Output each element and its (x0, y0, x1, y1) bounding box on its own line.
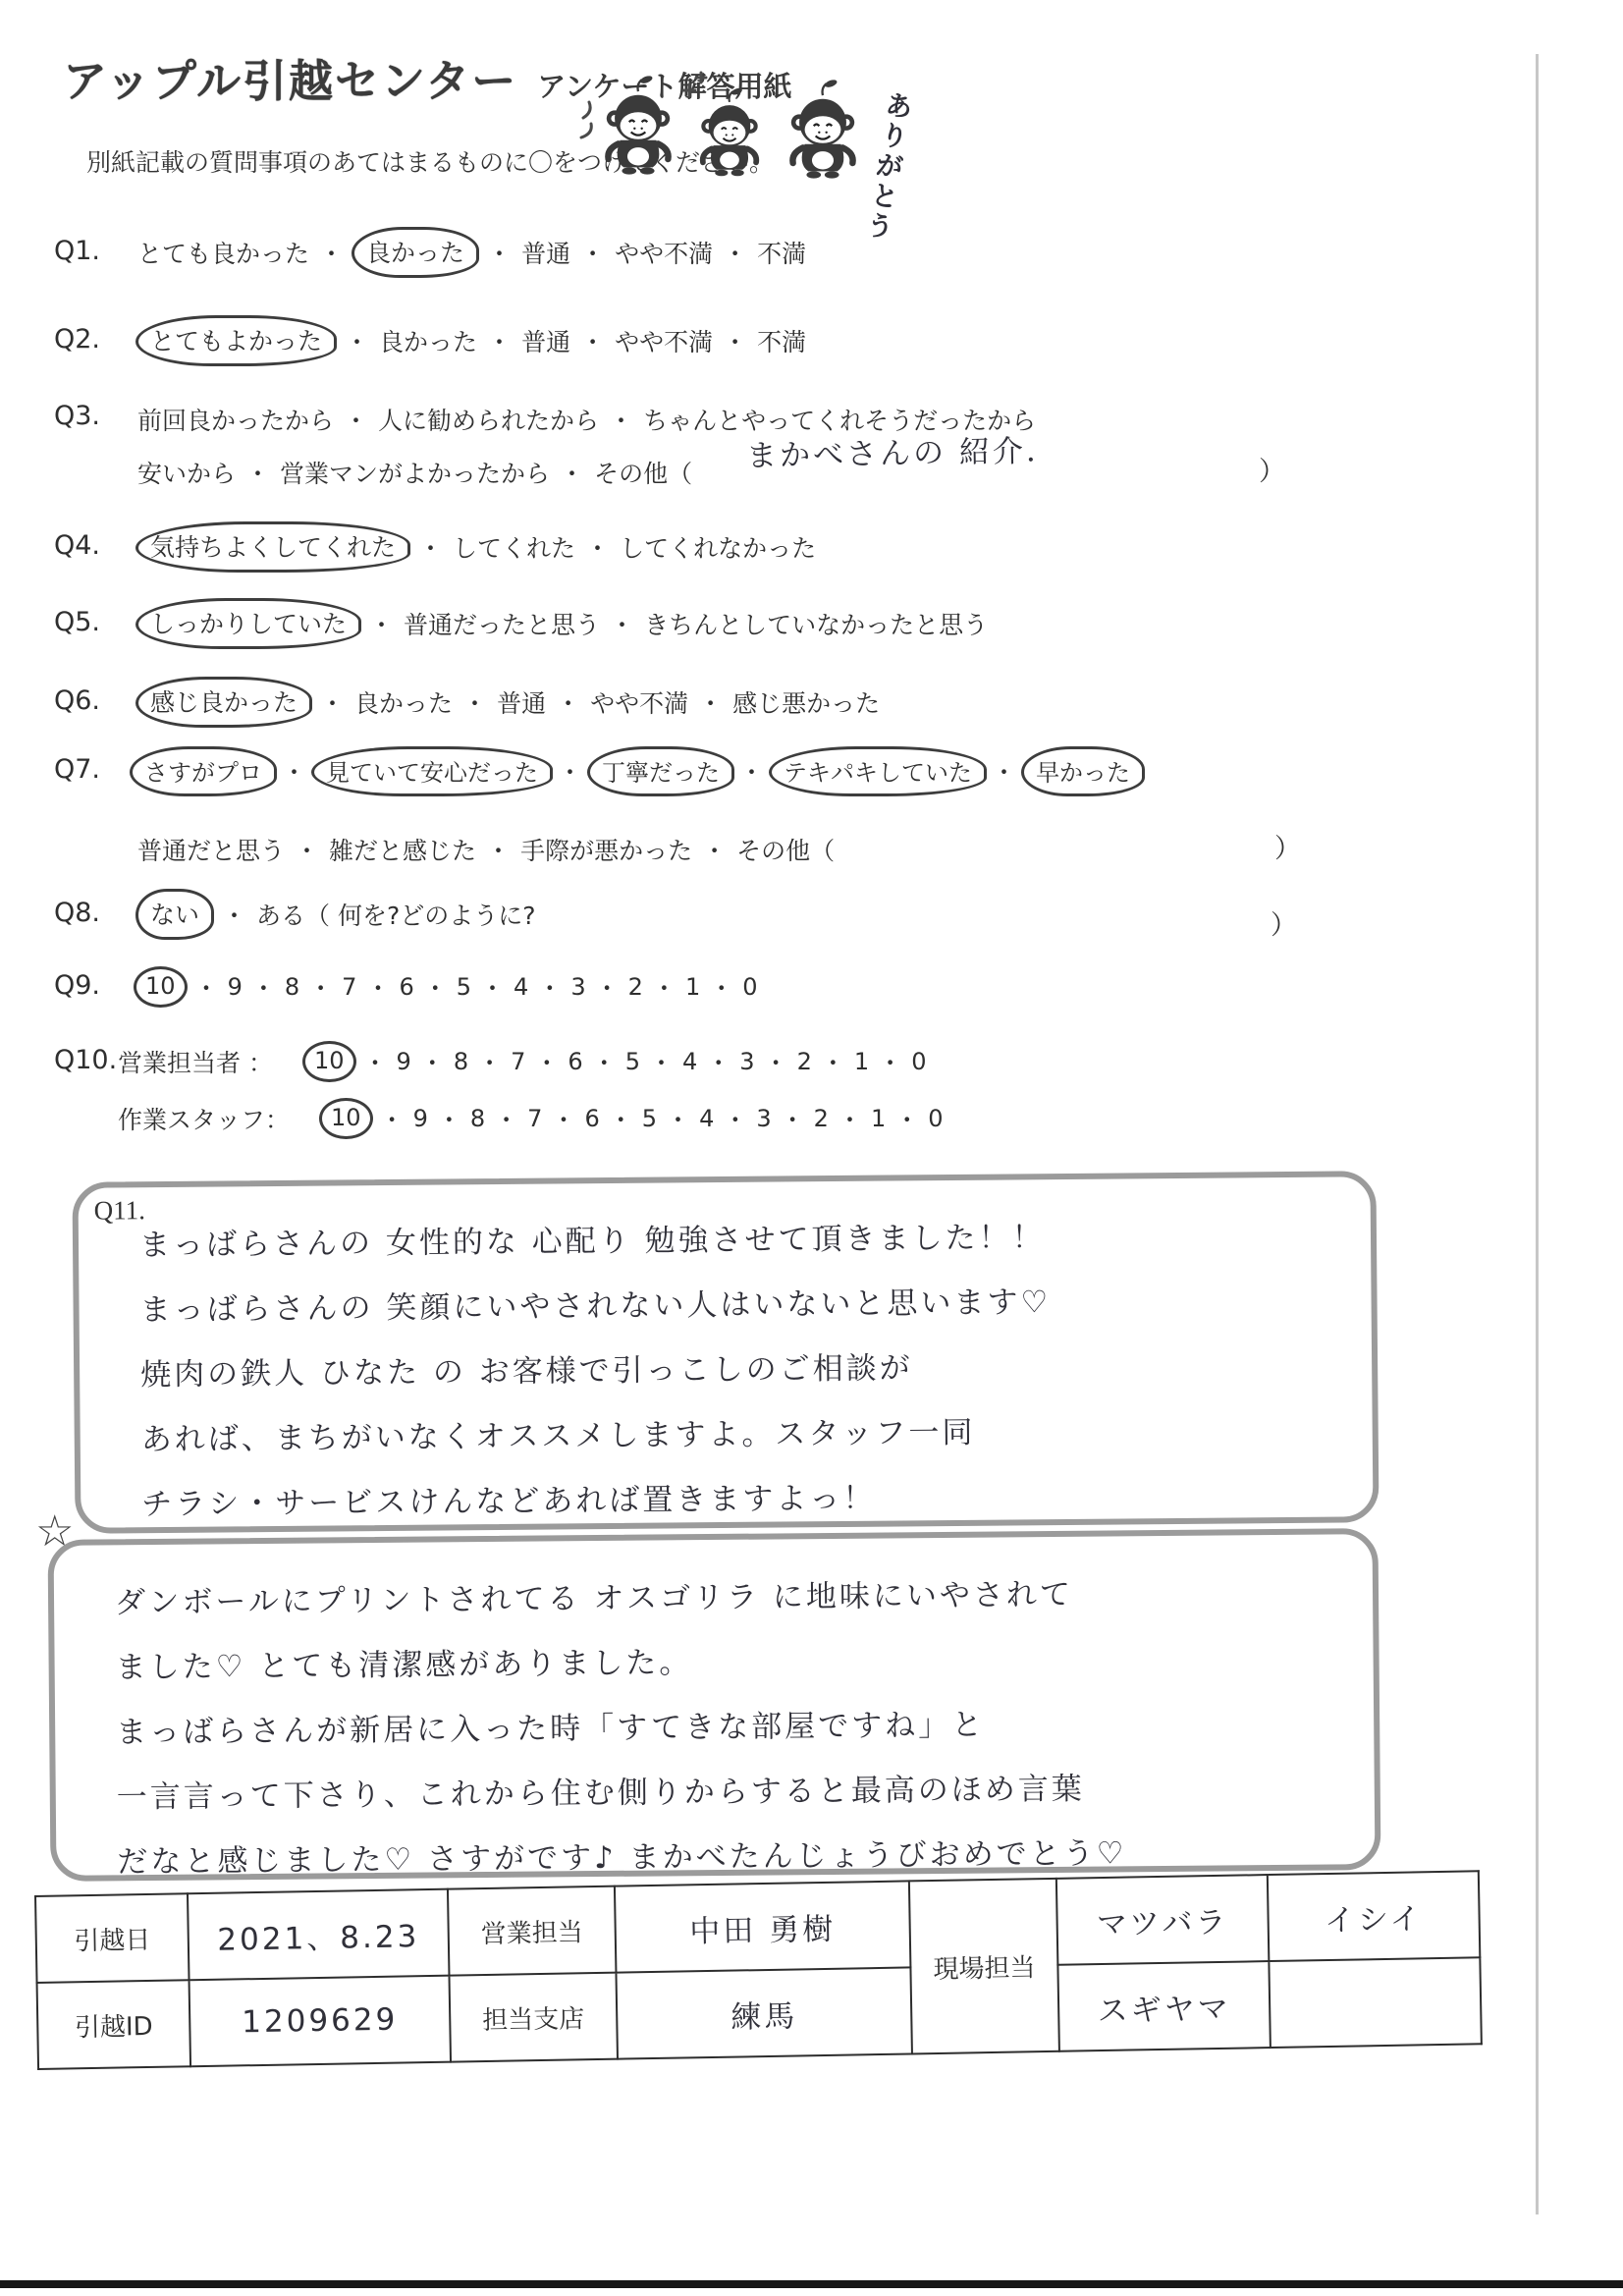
answer-option: 普通だと思う (118, 832, 285, 867)
answer-option: ・0 (700, 969, 757, 1005)
handwritten-line: 焼肉の鉄人 ひなた の お客様で引っこしのご相談が (140, 1333, 1343, 1408)
option-separator: ・ (610, 606, 634, 641)
site-staff-empty (1269, 1957, 1482, 2048)
q5-label: Q5. (54, 607, 128, 637)
option-separator: ・ (363, 1044, 388, 1079)
option-label: 普通だと思う (137, 832, 285, 867)
option-separator: ・ (894, 1101, 919, 1136)
option-label: その他（ (594, 455, 692, 490)
answer-option: ・5 (583, 1044, 640, 1079)
answer-option: しっかりしていた (118, 602, 359, 645)
answer-option: ・早かった (985, 750, 1143, 793)
option-separator: ・ (585, 529, 610, 565)
option-separator: ・ (878, 1044, 902, 1079)
option-label: 9 (413, 1105, 428, 1132)
move-date-value: 2021、8.23 (188, 1889, 449, 1981)
option-separator: ・ (592, 1044, 617, 1079)
option-label: ある（ 何を?どのように? (256, 897, 536, 932)
option-separator: ・ (380, 1101, 405, 1136)
option-separator: ・ (723, 323, 747, 358)
answer-option: ・見ていて安心だった (275, 750, 551, 793)
option-label: 0 (742, 973, 757, 1001)
q8-label: Q8. (54, 898, 128, 928)
option-separator: ・ (595, 969, 620, 1005)
answer-option: 感じ良かった (118, 681, 310, 724)
option-label: 10 (134, 966, 188, 1008)
q7-label: Q7. (54, 754, 128, 785)
q2-label: Q2. (54, 324, 128, 355)
q3-handwritten-answer: まかべさんの 紹介． (746, 425, 1060, 475)
answer-option: ・営業マンがよかったから (236, 455, 550, 490)
branch-label: 担当支店 (449, 1973, 618, 2062)
option-separator: ・ (437, 1101, 461, 1136)
q1-options: とても良かった・良かった・普通・やや不満・不満 (118, 231, 806, 274)
answer-option: ・良かった (310, 684, 453, 720)
option-separator: ・ (652, 969, 676, 1005)
answer-option: とてもよかった (118, 319, 335, 362)
option-label: 良かった (379, 323, 477, 358)
q8-options: ない・ある（ 何を?どのように? (118, 893, 536, 936)
option-label: 0 (928, 1105, 943, 1132)
q10-row1-prefix: 営業担当者 ： (118, 1044, 273, 1079)
option-label: テキパキしていた (769, 746, 987, 796)
answer-option: ・7 (468, 1044, 525, 1079)
answer-option: ・テキパキしていた (732, 750, 985, 793)
answer-option: ・2 (586, 969, 643, 1005)
q11-comment-box-1: Q11. まっばらさんの 女性的な 心配り 勉強させて頂きました！！まっばらさん… (72, 1171, 1379, 1534)
answer-option: ・5 (414, 969, 471, 1005)
q4-label: Q4. (54, 530, 128, 561)
answer-option: ・手際が悪かった (476, 832, 692, 867)
option-label: 4 (514, 973, 528, 1001)
option-label: 8 (470, 1105, 485, 1132)
answer-option: ・普通 (477, 235, 570, 270)
move-date-label: 引越日 (35, 1893, 189, 1983)
option-label: 3 (570, 973, 585, 1001)
answer-option: ・3 (528, 969, 585, 1005)
answer-option: とても良かった (118, 235, 309, 270)
option-label: 9 (228, 973, 243, 1001)
option-label: 感じ良かった (135, 677, 312, 728)
scan-page-edge-right (1536, 54, 1539, 2214)
option-label: 1 (871, 1105, 886, 1132)
answer-option: ・良かった (309, 231, 477, 274)
option-separator: ・ (709, 969, 733, 1005)
motion-lines-icon (581, 102, 591, 137)
q3-row2: 安いから・営業マンがよかったから・その他（ (118, 444, 692, 501)
option-label: してくれた (453, 529, 575, 565)
option-label: 0 (911, 1048, 926, 1075)
gorilla-mascot-svg (579, 59, 874, 196)
gorilla-mascot-3 (791, 79, 854, 179)
option-label: しっかりしていた (135, 598, 361, 649)
q10-row2-prefix: 作業スタッフ： (118, 1101, 290, 1136)
option-separator: ・ (487, 235, 512, 270)
option-label: 7 (527, 1105, 542, 1132)
gorilla-mascot-2 (701, 87, 757, 177)
option-label: 感じ悪かった (732, 684, 880, 720)
q5-row: しっかりしていた・普通だったと思う・きちんとしていなかったと思う (118, 595, 988, 652)
option-label: 3 (739, 1048, 754, 1075)
q1-label: Q1. (54, 236, 128, 266)
q11-label: Q11. (94, 1195, 146, 1226)
option-label: 良かった (352, 227, 479, 278)
answer-option: ・やや不満 (570, 323, 713, 358)
answer-option: ・8 (411, 1044, 468, 1079)
q11-box1-lines: まっばらさんの 女性的な 心配り 勉強させて頂きました！！まっばらさんの 笑顔に… (139, 1203, 1344, 1538)
handwritten-line: チラシ・サービスけんなどあれば置きますよっ！ (141, 1462, 1344, 1538)
option-separator: ・ (295, 832, 319, 867)
answer-option: ・6 (542, 1101, 599, 1136)
option-label: 10 (319, 1098, 373, 1139)
answer-option: 10 (118, 970, 186, 1004)
q1-row: とても良かった・良かった・普通・やや不満・不満 (118, 224, 806, 281)
option-separator: ・ (423, 969, 448, 1005)
option-separator: ・ (494, 1101, 518, 1136)
answer-option: ・きちんとしていなかったと思う (600, 606, 988, 641)
option-separator: ・ (702, 832, 727, 867)
option-separator: ・ (418, 529, 443, 565)
option-label: 6 (568, 1048, 582, 1075)
option-separator: ・ (706, 1044, 730, 1079)
handwritten-line: あれば、まちがいなくオススメしますよ。スタッフ一同 (140, 1397, 1343, 1473)
q7-options-row2: 普通だと思う・雑だと感じた・手際が悪かった・その他（ (118, 832, 835, 867)
option-label: 7 (342, 973, 356, 1001)
answer-option: ・普通 (477, 323, 570, 358)
site-staff-label: 現場担当 (909, 1879, 1059, 2054)
answer-option: 10 (303, 1102, 371, 1135)
option-separator: ・ (537, 969, 562, 1005)
option-separator: ・ (838, 1101, 862, 1136)
answer-option: ・雑だと感じた (285, 832, 476, 867)
q9-row: 10・9・8・7・6・5・4・3・2・1・0 (118, 958, 758, 1015)
q3-close-paren: ） (1259, 450, 1285, 488)
answer-option: ・してくれた (408, 529, 575, 565)
answer-option: ・0 (869, 1044, 926, 1079)
answer-option: ・2 (755, 1044, 812, 1079)
answer-option: ・してくれなかった (575, 529, 816, 565)
option-separator: ・ (534, 1044, 559, 1079)
option-label: 人に勧められたから (378, 402, 599, 437)
sales-rep-value: 中田 勇樹 (615, 1881, 910, 1972)
q3-label: Q3. (54, 401, 128, 431)
q9-options: 10・9・8・7・6・5・4・3・2・1・0 (118, 969, 758, 1005)
handwritten-line: 一言言って下さり、これから住む側りからすると最高のほめ言葉 (117, 1754, 1346, 1830)
answer-option: ・6 (525, 1044, 582, 1079)
option-separator: ・ (319, 235, 344, 270)
answer-option: ・2 (772, 1101, 829, 1136)
option-label: とてもよかった (135, 315, 337, 366)
handwritten-line: まっばらさんの 女性的な 心配り 勉強させて頂きました！！ (139, 1203, 1342, 1279)
option-label: 前回良かったから (137, 402, 334, 437)
answer-option: ・4 (657, 1101, 714, 1136)
q7-close-paren: ） (1274, 827, 1301, 865)
option-separator: ・ (698, 684, 723, 720)
option-separator: ・ (580, 235, 605, 270)
q10-row2: 作業スタッフ： 10・9・8・7・6・5・4・3・2・1・0 (118, 1090, 944, 1147)
option-label: 気持ちよくしてくれた (135, 521, 410, 573)
site-staff-2: イシイ (1268, 1871, 1481, 1961)
answer-option: ・良かった (335, 323, 477, 358)
gorilla-mascots-illustration (579, 59, 874, 200)
answer-option: ・やや不満 (546, 684, 688, 720)
q7-options-row1: さすがプロ・見ていて安心だった・丁寧だった・テキパキしていた・早かった (118, 750, 1143, 793)
option-separator: ・ (560, 455, 584, 490)
option-separator: ・ (222, 897, 246, 932)
option-separator: ・ (251, 969, 276, 1005)
handwritten-line: ました♡ とても清潔感がありました。 (115, 1624, 1344, 1700)
option-label: 3 (756, 1105, 771, 1132)
option-label: やや不満 (615, 235, 713, 270)
handwritten-line: まっばらさんが新居に入った時「すてきな部屋ですね」と (116, 1689, 1345, 1765)
option-separator: ・ (556, 684, 580, 720)
option-label: 10 (302, 1041, 356, 1082)
answer-option: ・4 (640, 1044, 697, 1079)
option-separator: ・ (821, 1044, 845, 1079)
option-label: 4 (682, 1048, 697, 1075)
q11-box2-lines: ダンボールにプリントされてる オスゴリラ に地味にいやされてました♡ とても清潔… (115, 1559, 1346, 1894)
handwritten-line: まっばらさんの 笑顔にいやされない人はいないと思います♡ (139, 1268, 1342, 1343)
option-label: 不満 (757, 323, 806, 358)
option-separator: ・ (344, 402, 368, 437)
answer-option: ・人に勧められたから (334, 402, 599, 437)
option-separator: ・ (365, 969, 390, 1005)
answer-option: ・普通だったと思う (359, 606, 600, 641)
company-title: アップル引越センター (63, 45, 517, 109)
option-separator: ・ (480, 969, 505, 1005)
option-label: ない (135, 889, 214, 940)
answer-option: ・0 (886, 1101, 943, 1136)
sales-rep-label: 営業担当 (448, 1886, 617, 1976)
answer-option: ない (118, 893, 212, 936)
option-label: してくれなかった (620, 529, 816, 565)
answer-option: ・1 (829, 1101, 886, 1136)
answer-option: ・不満 (713, 235, 806, 270)
q2-options: とてもよかった・良かった・普通・やや不満・不満 (118, 319, 806, 362)
gorilla-mascot-1 (607, 75, 670, 175)
option-separator: ・ (308, 969, 333, 1005)
move-id-value: 1209629 (189, 1976, 451, 2067)
footer-info-table: 引越日 2021、8.23 営業担当 中田 勇樹 現場担当 マツバラ イシイ 引… (34, 1870, 1483, 2070)
q4-row: 気持ちよくしてくれた・してくれた・してくれなかった (118, 519, 816, 575)
option-separator: ・ (369, 606, 394, 641)
answer-option: さすがプロ (118, 750, 275, 793)
answer-option: 前回良かったから (118, 402, 334, 437)
option-separator: ・ (194, 969, 219, 1005)
q7-row1: さすがプロ・見ていて安心だった・丁寧だった・テキパキしていた・早かった (118, 742, 1143, 799)
option-separator: ・ (992, 753, 1016, 789)
option-label: 5 (457, 973, 471, 1001)
option-separator: ・ (486, 832, 511, 867)
option-label: 2 (628, 973, 643, 1001)
option-separator: ・ (477, 1044, 502, 1079)
option-label: 6 (584, 1105, 599, 1132)
answer-option: ・9 (186, 969, 243, 1005)
answer-option: ・4 (471, 969, 528, 1005)
option-label: 雑だと感じた (329, 832, 476, 867)
answer-option: ・3 (714, 1101, 771, 1136)
option-label: 良かった (354, 684, 453, 720)
handwritten-line: ダンボールにプリントされてる オスゴリラ に地味にいやされて (115, 1559, 1344, 1635)
q11-comment-box-2: ダンボールにプリントされてる オスゴリラ に地味にいやされてました♡ とても清潔… (48, 1528, 1381, 1882)
answer-option: 気持ちよくしてくれた (118, 525, 408, 569)
option-label: 2 (797, 1048, 812, 1075)
option-separator: ・ (781, 1101, 805, 1136)
option-separator: ・ (723, 1101, 747, 1136)
option-label: 普通 (521, 323, 570, 358)
option-label: 不満 (757, 235, 806, 270)
q10-row1: 営業担当者 ： 10・9・8・7・6・5・4・3・2・1・0 (118, 1033, 926, 1090)
q5-options: しっかりしていた・普通だったと思う・きちんとしていなかったと思う (118, 602, 988, 645)
q7-row2: 普通だと思う・雑だと感じた・手際が悪かった・その他（ (118, 821, 835, 878)
option-separator: ・ (580, 323, 605, 358)
q6-row: 感じ良かった・良かった・普通・やや不満・感じ悪かった (118, 674, 880, 731)
option-label: きちんとしていなかったと思う (644, 606, 988, 641)
option-label: やや不満 (590, 684, 688, 720)
answer-option: ・1 (643, 969, 700, 1005)
option-label: 8 (454, 1048, 468, 1075)
option-label: 7 (511, 1048, 525, 1075)
option-label: 安いから (137, 455, 236, 490)
option-separator: ・ (666, 1101, 690, 1136)
answer-option: ・8 (243, 969, 299, 1005)
q2-row: とてもよかった・良かった・普通・やや不満・不満 (118, 312, 806, 369)
answer-option: ・ある（ 何を?どのように? (212, 897, 536, 932)
move-id-label: 引越ID (37, 1980, 191, 2069)
answer-option: ・8 (428, 1101, 485, 1136)
option-label: さすがプロ (130, 746, 277, 796)
option-label: 9 (397, 1048, 411, 1075)
option-label: 丁寧だった (587, 746, 734, 796)
answer-option: 安いから (118, 455, 236, 490)
q10-options-row1: 10・9・8・7・6・5・4・3・2・1・0 (287, 1044, 927, 1079)
option-label: 2 (814, 1105, 829, 1132)
option-label: 手際が悪かった (520, 832, 692, 867)
scan-page-edge-bottom (0, 2280, 1623, 2288)
option-separator: ・ (245, 455, 270, 490)
option-label: 5 (642, 1105, 657, 1132)
q4-options: 気持ちよくしてくれた・してくれた・してくれなかった (118, 525, 816, 569)
q9-label: Q9. (54, 970, 128, 1001)
q6-label: Q6. (54, 685, 128, 716)
option-separator: ・ (649, 1044, 674, 1079)
answer-option: ・やや不満 (570, 235, 713, 270)
option-separator: ・ (739, 753, 764, 789)
option-separator: ・ (558, 753, 582, 789)
option-separator: ・ (551, 1101, 575, 1136)
option-separator: ・ (764, 1044, 788, 1079)
answer-option: ・9 (371, 1101, 428, 1136)
answer-option: ・丁寧だった (551, 750, 732, 793)
option-label: 早かった (1021, 746, 1145, 796)
answer-option: ・その他（ (692, 832, 835, 867)
answer-option: ・6 (356, 969, 413, 1005)
option-label: 8 (285, 973, 299, 1001)
answer-option: ・感じ悪かった (688, 684, 880, 720)
answer-option: ・7 (485, 1101, 542, 1136)
option-separator: ・ (320, 684, 345, 720)
answer-option: ・9 (354, 1044, 411, 1079)
answer-option: ・5 (600, 1101, 657, 1136)
option-separator: ・ (487, 323, 512, 358)
option-separator: ・ (609, 402, 633, 437)
option-label: 1 (685, 973, 700, 1001)
branch-value: 練馬 (616, 1967, 911, 2058)
q10-options-row2: 10・9・8・7・6・5・4・3・2・1・0 (303, 1101, 944, 1136)
option-label: 4 (699, 1105, 714, 1132)
answer-option: ・7 (299, 969, 356, 1005)
option-label: その他（ (736, 832, 835, 867)
option-label: 普通 (521, 235, 570, 270)
option-label: 見ていて安心だった (311, 746, 553, 796)
option-label: 普通だったと思う (404, 606, 600, 641)
q10-label: Q10. (54, 1045, 128, 1075)
answer-option: ・3 (697, 1044, 754, 1079)
option-separator: ・ (462, 684, 487, 720)
option-separator: ・ (282, 753, 306, 789)
option-separator: ・ (420, 1044, 445, 1079)
answer-option: ・1 (812, 1044, 869, 1079)
site-staff-3: スギヤマ (1057, 1961, 1271, 2051)
option-label: 5 (625, 1048, 640, 1075)
q8-row: ない・ある（ 何を?どのように? (118, 886, 536, 943)
answer-option: ・その他（ (550, 455, 692, 490)
q8-close-paren: ） (1271, 903, 1297, 942)
option-label: 普通 (497, 684, 546, 720)
site-staff-1: マツバラ (1056, 1875, 1270, 1965)
answer-option: ・不満 (713, 323, 806, 358)
option-separator: ・ (609, 1101, 633, 1136)
sparkles-icon (683, 73, 706, 96)
answer-option: ・普通 (453, 684, 546, 720)
option-label: 営業マンがよかったから (280, 455, 550, 490)
option-separator: ・ (723, 235, 747, 270)
option-label: やや不満 (615, 323, 713, 358)
answer-option: 10 (287, 1045, 354, 1078)
option-separator: ・ (345, 323, 369, 358)
q3-options-row2: 安いから・営業マンがよかったから・その他（ (118, 455, 692, 490)
q6-options: 感じ良かった・良かった・普通・やや不満・感じ悪かった (118, 681, 880, 724)
option-label: とても良かった (137, 235, 309, 270)
option-label: 1 (854, 1048, 869, 1075)
option-label: 6 (399, 973, 413, 1001)
